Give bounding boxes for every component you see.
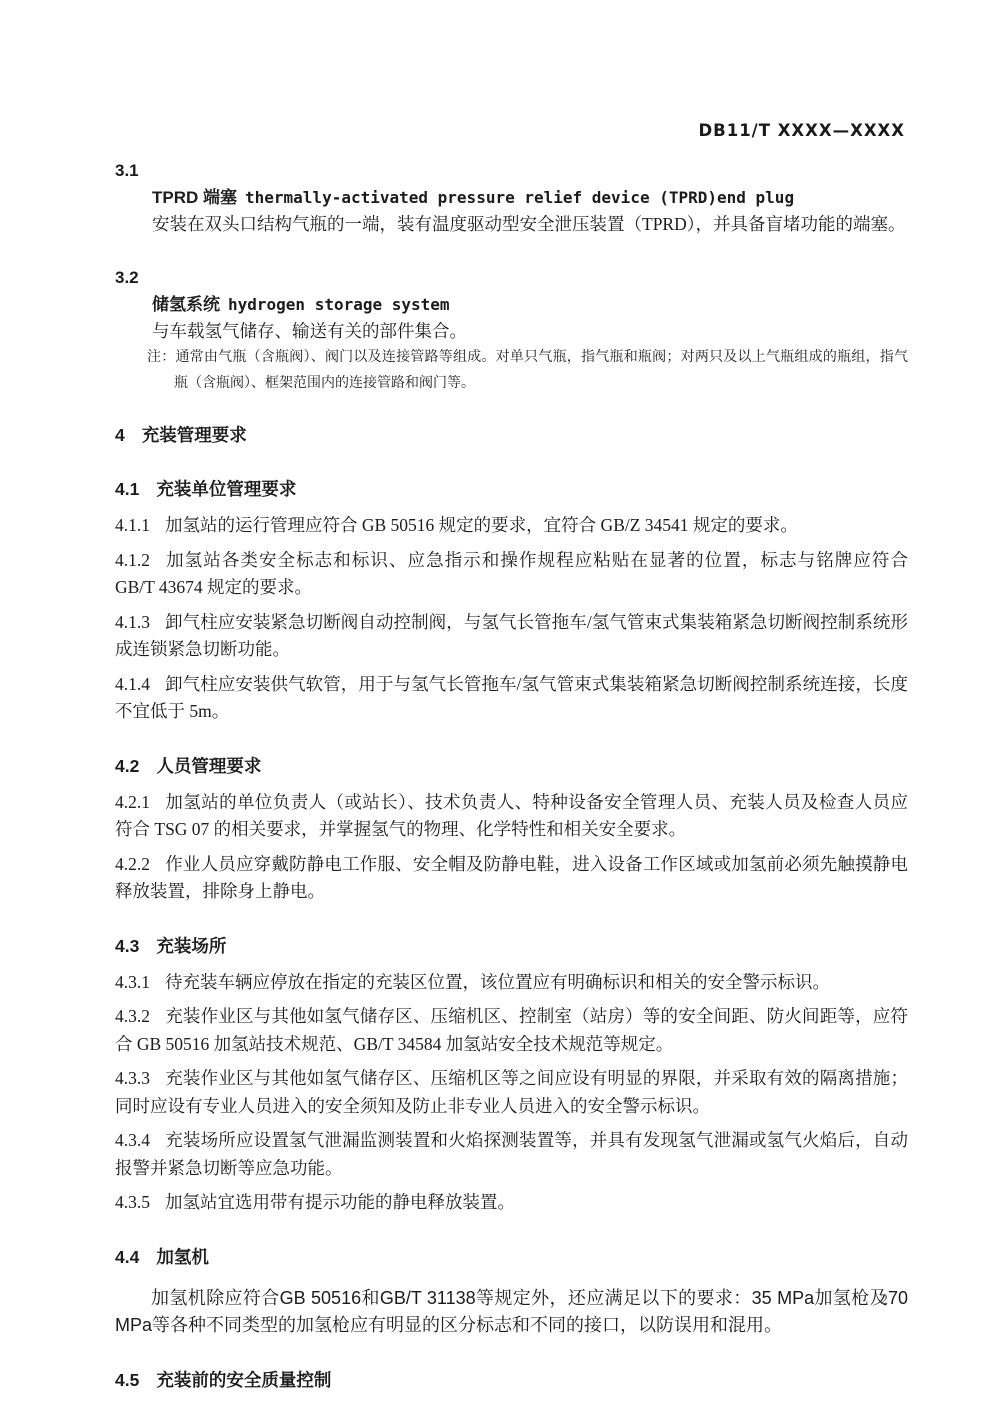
clause-4-3-4: 4.3.4充装场所应设置氢气泄漏监测装置和火焰探测装置等，并具有发现氢气泄漏或氢… — [115, 1127, 908, 1182]
clause-text: 充装作业区与其他如氢气储存区、压缩机区、控制室（站房）等的安全间距、防火间距等，… — [115, 1006, 908, 1054]
clause-4-2-1: 4.2.1加氢站的单位负责人（或站长）、技术负责人、特种设备安全管理人员、充装人… — [115, 789, 908, 844]
clause-text: 加氢站的单位负责人（或站长）、技术负责人、特种设备安全管理人员、充装人员及检查人… — [115, 792, 908, 840]
clause-text: 加氢站的运行管理应符合 GB 50516 规定的要求，宜符合 GB/Z 3454… — [165, 515, 798, 535]
clause-number: 4.3.3 — [115, 1068, 150, 1088]
clause-4-3-2: 4.3.2充装作业区与其他如氢气储存区、压缩机区、控制室（站房）等的安全间距、防… — [115, 1003, 908, 1058]
document-page: DB11/T XXXX—XXXX 3.1 TPRD 端塞thermally-ac… — [0, 0, 1000, 1414]
chapter-number: 4 — [115, 425, 125, 445]
clause-4-3-1: 4.3.1待充装车辆应停放在指定的充装区位置，该位置应有明确标识和相关的安全警示… — [115, 969, 908, 997]
clause-number: 4.3.1 — [115, 972, 150, 992]
clause-number: 4.2.1 — [115, 792, 150, 812]
clause-number: 4.1.3 — [115, 612, 150, 632]
clause-text: 卸气柱应安装紧急切断阀自动控制阀，与氢气长管拖车/氢气管束式集装箱紧急切断阀控制… — [115, 612, 908, 660]
clause-text: 作业人员应穿戴防静电工作服、安全帽及防静电鞋，进入设备工作区域或加氢前必须先触摸… — [115, 854, 908, 902]
term-zh: 储氢系统 — [152, 295, 220, 314]
term-en: thermally-activated pressure relief devi… — [245, 188, 794, 207]
clause-4-2-2: 4.2.2作业人员应穿戴防静电工作服、安全帽及防静电鞋，进入设备工作区域或加氢前… — [115, 851, 908, 906]
clause-number: 4.3.5 — [115, 1192, 150, 1212]
term-line: 储氢系统hydrogen storage system — [152, 291, 908, 318]
section-title: 充装前的安全质量控制 — [156, 1370, 331, 1390]
note-label: 注： — [147, 350, 175, 365]
section-title: 充装场所 — [156, 936, 226, 956]
section-clauses: 4.3.1待充装车辆应停放在指定的充装区位置，该位置应有明确标识和相关的安全警示… — [115, 969, 908, 1217]
term-line: TPRD 端塞thermally-activated pressure reli… — [152, 184, 908, 211]
clause-text: 卸气柱应安装供气软管，用于与氢气长管拖车/氢气管束式集装箱紧急切断阀控制系统连接… — [115, 674, 908, 722]
clause-text: 加氢站宜选用带有提示功能的静电释放装置。 — [165, 1192, 515, 1212]
section-title: 加氢机 — [156, 1247, 209, 1267]
section-heading-4-5: 4.5充装前的安全质量控制 — [115, 1367, 908, 1394]
term-en: hydrogen storage system — [228, 295, 450, 314]
note-text: 通常由气瓶（含瓶阀）、阀门以及连接管路等组成。对单只气瓶，指气瓶和瓶阀；对两只及… — [174, 350, 908, 391]
section-heading-4-1: 4.1充装单位管理要求 — [115, 476, 908, 503]
standard-code-header: DB11/T XXXX—XXXX — [698, 121, 905, 140]
clause-4-1-2: 4.1.2加氢站各类安全标志和标识、应急指示和操作规程应粘贴在显著的位置，标志与… — [115, 547, 908, 602]
clause-number: 4.3.4 — [115, 1130, 150, 1150]
term-definition: 与车载氢气储存、输送有关的部件集合。 — [152, 318, 908, 345]
clause-number: 4.1.4 — [115, 674, 150, 694]
term-number: 3.1 — [115, 157, 908, 184]
chapter-heading: 4充装管理要求 — [115, 422, 908, 449]
document-content: 3.1 TPRD 端塞thermally-activated pressure … — [115, 157, 908, 1394]
clause-text: 充装场所应设置氢气泄漏监测装置和火焰探测装置等，并具有发现氢气泄漏或氢气火焰后，… — [115, 1130, 908, 1178]
section-number: 4.1 — [115, 479, 139, 499]
section-number: 4.5 — [115, 1370, 139, 1390]
clause-text: 待充装车辆应停放在指定的充装区位置，该位置应有明确标识和相关的安全警示标识。 — [165, 972, 830, 992]
clause-4-1-3: 4.1.3卸气柱应安装紧急切断阀自动控制阀，与氢气长管拖车/氢气管束式集装箱紧急… — [115, 609, 908, 664]
section-title: 人员管理要求 — [156, 756, 261, 776]
clause-number: 4.2.2 — [115, 854, 150, 874]
section-clauses: 4.1.1加氢站的运行管理应符合 GB 50516 规定的要求，宜符合 GB/Z… — [115, 512, 908, 726]
clause-4-3-3: 4.3.3充装作业区与其他如氢气储存区、压缩机区等之间应设有明显的界限，并采取有… — [115, 1065, 908, 1120]
term-definition: 安装在双头口结构气瓶的一端，装有温度驱动型安全泄压装置（TPRD），并具备盲堵功… — [152, 211, 908, 238]
chapter-title: 充装管理要求 — [142, 425, 247, 445]
term-note: 注：通常由气瓶（含瓶阀）、阀门以及连接管路等组成。对单只气瓶，指气瓶和瓶阀；对两… — [147, 345, 908, 397]
section-heading-4-4: 4.4加氢机 — [115, 1244, 908, 1271]
clause-4-1-1: 4.1.1加氢站的运行管理应符合 GB 50516 规定的要求，宜符合 GB/Z… — [115, 512, 908, 540]
section-clauses: 4.2.1加氢站的单位负责人（或站长）、技术负责人、特种设备安全管理人员、充装人… — [115, 789, 908, 906]
clause-4-3-5: 4.3.5加氢站宜选用带有提示功能的静电释放装置。 — [115, 1189, 908, 1217]
section-number: 4.3 — [115, 936, 139, 956]
term-zh: TPRD 端塞 — [152, 188, 237, 207]
clause-number: 4.3.2 — [115, 1006, 150, 1026]
section-number: 4.2 — [115, 756, 139, 776]
clause-text: 充装作业区与其他如氢气储存区、压缩机区等之间应设有明显的界限，并采取有效的隔离措… — [115, 1068, 908, 1116]
page-number: 2 — [881, 1292, 889, 1309]
section-heading-4-2: 4.2人员管理要求 — [115, 753, 908, 780]
section-title: 充装单位管理要求 — [156, 479, 296, 499]
section-number: 4.4 — [115, 1247, 139, 1267]
section-heading-4-3: 4.3充装场所 — [115, 933, 908, 960]
term-number: 3.2 — [115, 264, 908, 291]
clause-4-1-4: 4.1.4卸气柱应安装供气软管，用于与氢气长管拖车/氢气管束式集装箱紧急切断阀控… — [115, 671, 908, 726]
clause-number: 4.1.1 — [115, 515, 150, 535]
section-body-4-4: 加氢机除应符合GB 50516和GB/T 31138等规定外，还应满足以下的要求… — [115, 1285, 908, 1340]
clause-number: 4.1.2 — [115, 550, 150, 570]
clause-text: 加氢站各类安全标志和标识、应急指示和操作规程应粘贴在显著的位置，标志与铭牌应符合… — [115, 550, 908, 598]
